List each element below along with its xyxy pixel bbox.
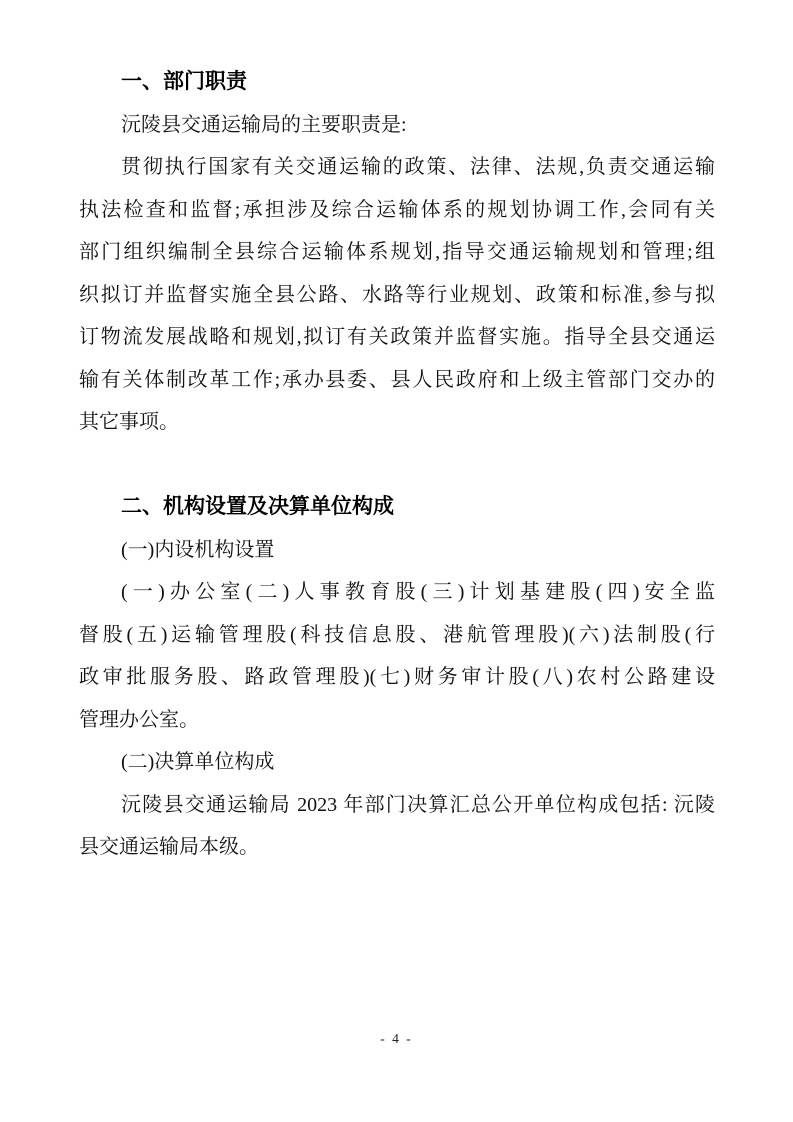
section-2-heading: 二、机构设置及决算单位构成 — [79, 486, 715, 529]
section-2-sub-1-line: 政审批服务股、路政管理股)(七)财务审计股(八)农村公路建设 — [79, 656, 715, 699]
section-2-sub-1-title: (一)内设机构设置 — [79, 529, 715, 572]
document-body: 一、部门职责 沅陵县交通运输局的主要职责是: 贯彻执行国家有关交通运输的政策、法… — [79, 61, 715, 869]
section-2-sub-1-line: (一)办公室(二)人事教育股(三)计划基建股(四)安全监 — [79, 571, 715, 614]
section-2-sub-2-line: 沅陵县交通运输局 2023 年部门决算汇总公开单位构成包括: 沅陵 — [79, 784, 715, 827]
section-1-paragraph-line: 其它事项。 — [79, 401, 715, 444]
section-1-paragraph-line: 输有关体制改革工作;承办县委、县人民政府和上级主管部门交办的 — [79, 359, 715, 402]
section-1-intro-line: 沅陵县交通运输局的主要职责是: — [79, 104, 715, 147]
section-1-paragraph-line: 贯彻执行国家有关交通运输的政策、法律、法规,负责交通运输 — [79, 146, 715, 189]
section-2-sub-1-line: 管理办公室。 — [79, 699, 715, 742]
section-1-paragraph-line: 部门组织编制全县综合运输体系规划,指导交通运输规划和管理;组 — [79, 231, 715, 274]
section-1-heading: 一、部门职责 — [79, 61, 715, 104]
blank-line — [79, 444, 715, 487]
page-number: - 4 - — [0, 1031, 793, 1047]
section-2-sub-1-line: 督股(五)运输管理股(科技信息股、港航管理股)(六)法制股(行 — [79, 614, 715, 657]
document-page: 一、部门职责 沅陵县交通运输局的主要职责是: 贯彻执行国家有关交通运输的政策、法… — [0, 0, 793, 1122]
section-1-paragraph-line: 订物流发展战略和规划,拟订有关政策并监督实施。指导全县交通运 — [79, 316, 715, 359]
section-1-paragraph-line: 织拟订并监督实施全县公路、水路等行业规划、政策和标准,参与拟 — [79, 274, 715, 317]
section-1-paragraph-line: 执法检查和监督;承担涉及综合运输体系的规划协调工作,会同有关 — [79, 189, 715, 232]
section-2-sub-2-title: (二)决算单位构成 — [79, 741, 715, 784]
section-2-sub-2-line: 县交通运输局本级。 — [79, 826, 715, 869]
